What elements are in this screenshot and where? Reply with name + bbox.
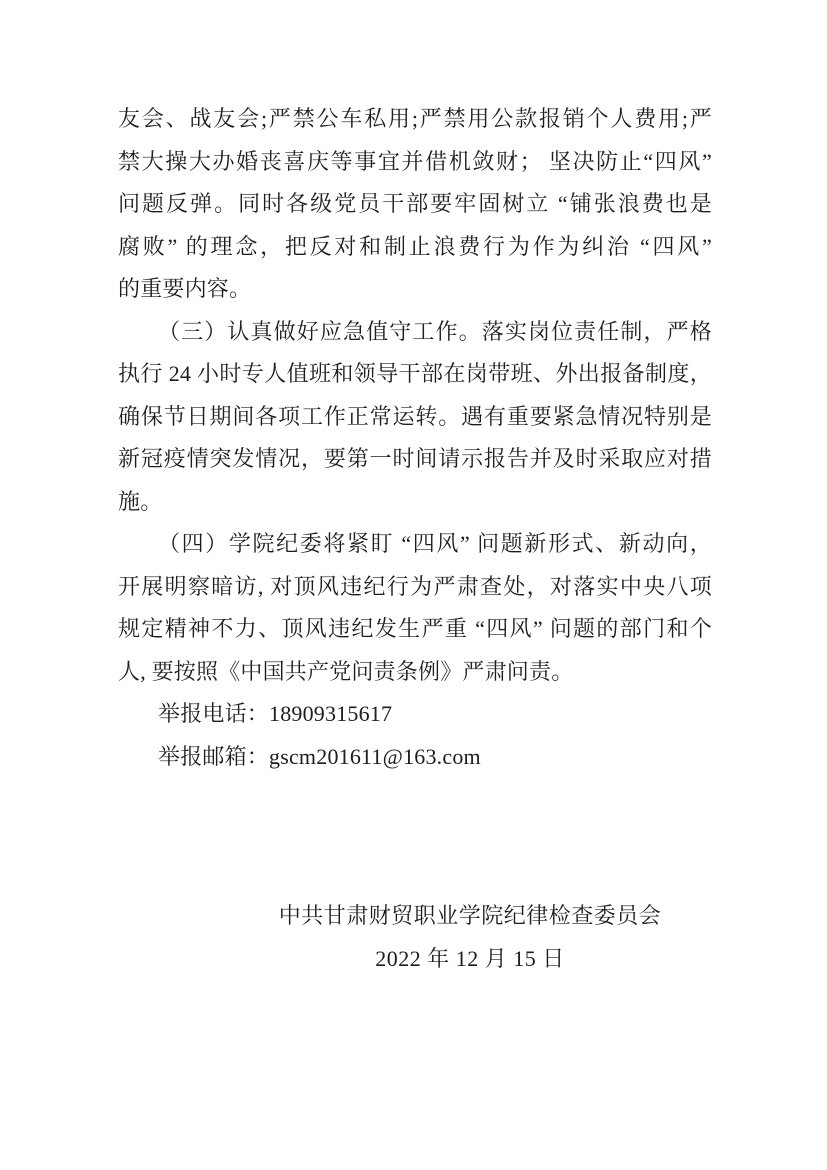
text-line: 执行 24 小时专人值班和领导干部在岗带班、外出报备制度， [118,353,712,396]
signature-organization: 中共甘肃财贸职业学院纪律检查委员会 [228,895,712,938]
document-body: 友会、战友会;严禁公车私用;严禁用公款报销个人费用;严禁大操大办婚丧喜庆等事宜并… [118,98,712,980]
text-line: 友会、战友会;严禁公车私用;严禁用公款报销个人费用;严 [118,98,712,141]
text-line: 举报电话：18909315617 [118,693,712,736]
text-line: 确保节日期间各项工作正常运转。遇有重要紧急情况特别是 [118,396,712,439]
text-line: （四）学院纪委将紧盯 “四风” 问题新形式、新动向， [118,523,712,566]
text-line: 举报邮箱：gscm201611@163.com [118,736,712,779]
signature-date: 2022 年 12 月 15 日 [228,938,712,981]
text-line: 腐败” 的理念，把反对和制止浪费行为作为纠治 “四风” [118,226,712,269]
text-line: 问题反弹。同时各级党员干部要牢固树立 “铺张浪费也是 [118,183,712,226]
text-line: 的重要内容。 [118,268,712,311]
text-line: 施。 [118,481,712,524]
text-line: 禁大操大办婚丧喜庆等事宜并借机敛财； 坚决防止“四风” [118,141,712,184]
document-page: 友会、战友会;严禁公车私用;严禁用公款报销个人费用;严禁大操大办婚丧喜庆等事宜并… [0,0,827,1170]
text-line: 新冠疫情突发情况，要第一时间请示报告并及时采取应对措 [118,438,712,481]
paragraphs: 友会、战友会;严禁公车私用;严禁用公款报销个人费用;严禁大操大办婚丧喜庆等事宜并… [118,98,712,778]
text-line: 开展明察暗访, 对顶风违纪行为严肃查处，对落实中央八项 [118,566,712,609]
signature-block: 中共甘肃财贸职业学院纪律检查委员会 2022 年 12 月 15 日 [118,895,712,980]
text-line: （三）认真做好应急值守工作。落实岗位责任制，严格 [118,311,712,354]
text-line: 规定精神不力、顶风违纪发生严重 “四风” 问题的部门和个 [118,608,712,651]
text-line: 人, 要按照《中国共产党问责条例》严肃问责。 [118,651,712,694]
